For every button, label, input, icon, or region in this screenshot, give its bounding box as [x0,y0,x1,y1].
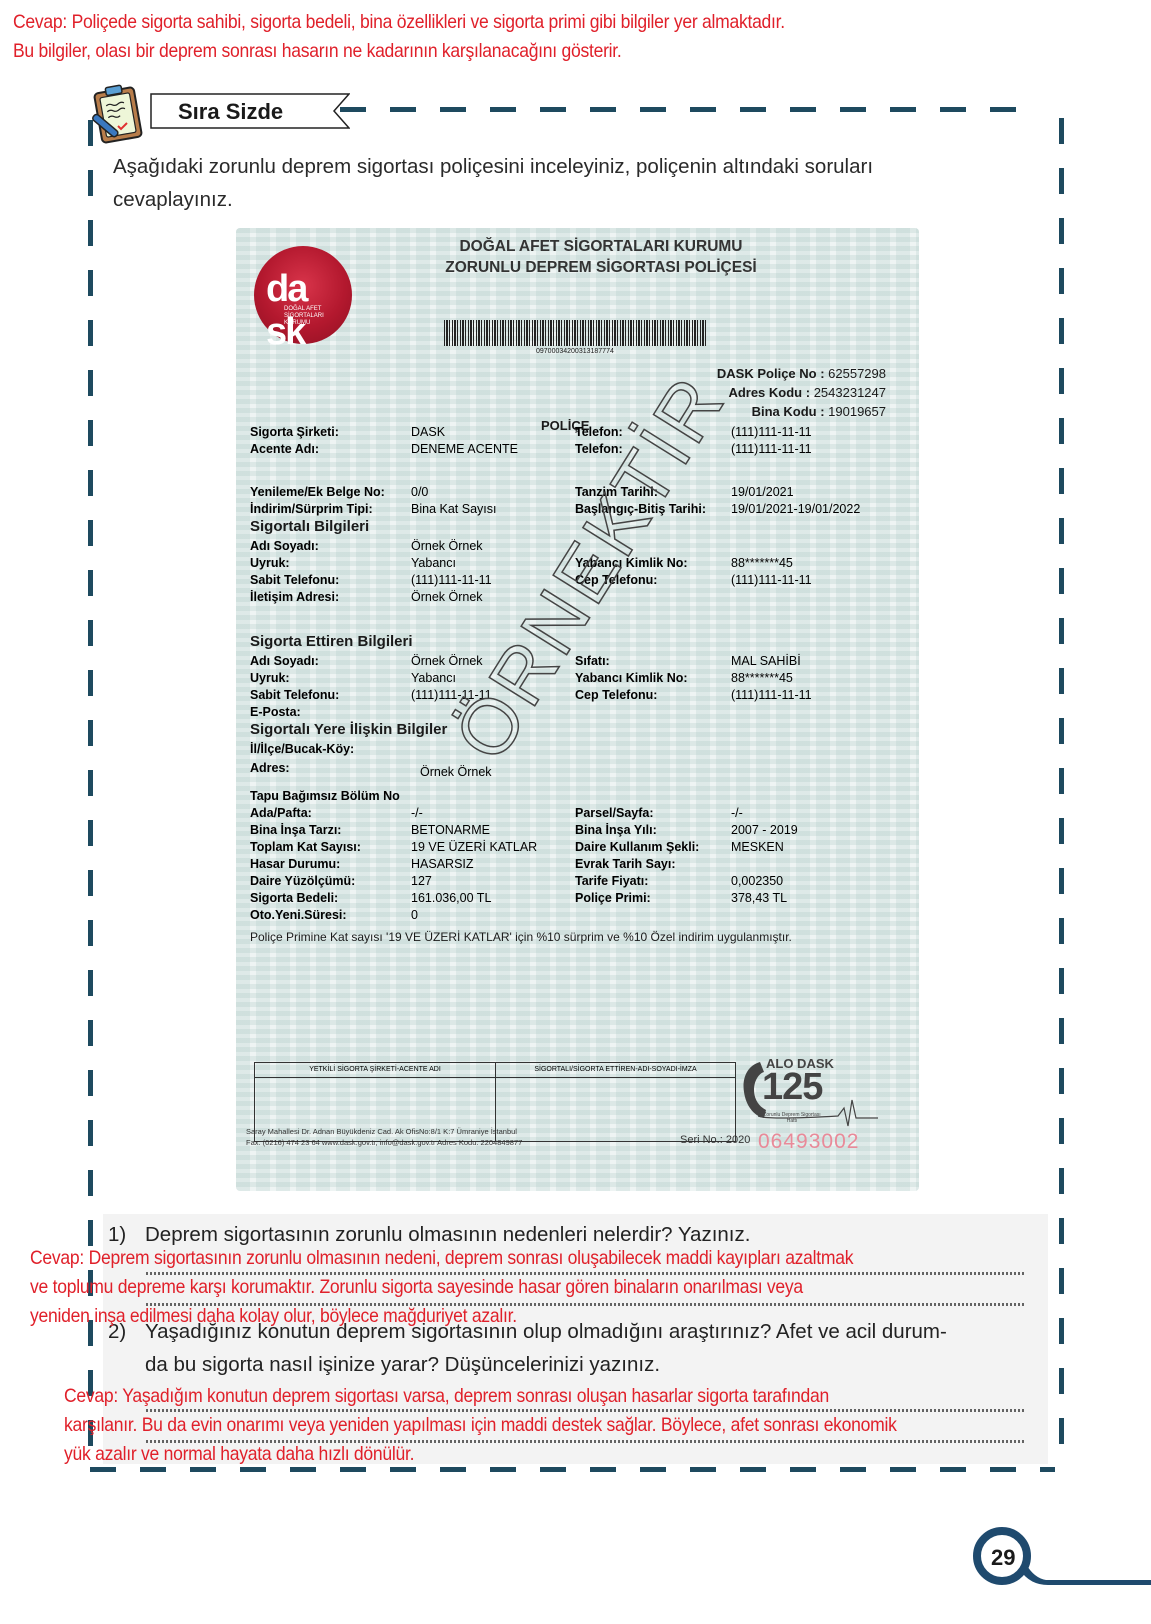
policy-field-row: Daire Yüzölçümü:127Tarife Fiyatı:0,00235… [250,873,910,890]
field-label: Uyruk: [250,555,290,572]
instruction-text: Aşağıdaki zorunlu deprem sigortası poliç… [113,150,993,216]
field-label: Sigorta Bedeli: [250,890,338,907]
policy-note: Poliçe Primine Kat sayısı '19 VE ÜZERİ K… [250,930,792,944]
field-label: Yabancı Kimlik No: [575,670,688,687]
answer-line: karşılanır. Bu da evin onarımı veya yeni… [64,1411,897,1440]
field-label: Tapu Bağımsız Bölüm No [250,788,400,805]
field-value: (111)111-11-11 [731,441,812,458]
field-label: Acente Adı: [250,441,319,458]
field-label: Adres: [250,760,290,777]
policy-field-row: Uyruk:YabancıYabancı Kimlik No:88*******… [250,670,910,687]
field-label: Daire Kullanım Şekli: [575,839,699,856]
policy-field-row: Bina İnşa Tarzı:BETONARMEBina İnşa Yılı:… [250,822,910,839]
section-title: Sıra Sizde [178,99,283,125]
policy-field-row: Toplam Kat Sayısı:19 VE ÜZERİ KATLARDair… [250,839,910,856]
field-label: Uyruk: [250,670,290,687]
answer-line: Cevap: Deprem sigortasının zorunlu olmas… [30,1244,853,1273]
policy-title-line2: ZORUNLU DEPREM SİGORTASI POLİÇESİ [411,257,791,278]
answer-line: ve toplumu depreme karşı korumaktır. Zor… [30,1273,853,1302]
field-value: 127 [411,873,432,890]
answer-line: yeniden inşa edilmesi daha kolay olur, b… [30,1302,853,1331]
field-label: Toplam Kat Sayısı: [250,839,361,856]
field-value: Örnek Örnek [420,764,492,781]
field-label: Sigorta Şirketi: [250,424,339,441]
policy-title: DOĞAL AFET SİGORTALARI KURUMU ZORUNLU DE… [411,236,791,278]
frame-border-top [340,107,1040,112]
footer-address-line: Saray Mahallesi Dr. Adnan Büyükdeniz Cad… [246,1126,522,1137]
answer-question-2: Cevap: Yaşadığım konutun deprem sigortas… [64,1382,897,1469]
field-label: Oto.Yeni.Süresi: [250,907,347,924]
barcode [444,320,706,346]
policy-section-heading: Sigortalı Yere İlişkin Bilgiler [250,721,447,738]
field-value: 19/01/2021 [731,484,794,501]
field-label: Poliçe Primi: [575,890,651,907]
policy-document: da sk DOĞAL AFET SİGORTALARI KURUMU DOĞA… [236,228,919,1191]
policy-field-row: Ada/Pafta:-/-Parsel/Sayfa:-/- [250,805,910,822]
field-value: 2007 - 2019 [731,822,798,839]
answer-question-1: Cevap: Deprem sigortasının zorunlu olmas… [30,1244,853,1331]
field-value: -/- [411,805,423,822]
policy-field-row: Acente Adı:DENEME ACENTETelefon:(111)111… [250,441,910,458]
field-value: Yabancı [411,670,456,687]
serial-label: Seri No.: 2020 [680,1134,750,1146]
field-value: 19 VE ÜZERİ KATLAR [411,839,537,856]
field-label: İl/İlçe/Bucak-Köy: [250,741,354,758]
field-label: Adı Soyadı: [250,538,319,555]
answer-line: yük azalır ve normal hayata daha hızlı d… [64,1440,897,1469]
field-label: E-Posta: [250,704,301,721]
policy-title-line1: DOĞAL AFET SİGORTALARI KURUMU [411,236,791,257]
field-value: (111)111-11-11 [731,424,812,441]
field-value: 0/0 [411,484,428,501]
signature-col-insured: SİGORTALI/SİGORTA ETTİREN-ADI-SOYADI-İMZ… [496,1063,735,1078]
field-value: Örnek Örnek [411,589,483,606]
bina-kodu: 19019657 [828,404,886,419]
field-label: Daire Yüzölçümü: [250,873,355,890]
field-label: Bina İnşa Tarzı: [250,822,341,839]
field-value: Bina Kat Sayısı [411,501,496,518]
policy-field-row: Oto.Yeni.Süresi:0 [250,907,910,924]
policy-field-row: Sigorta Şirketi:DASKTelefon:(111)111-11-… [250,424,910,441]
field-value: DENEME ACENTE [411,441,518,458]
policy-section-heading: Sigorta Ettiren Bilgileri [250,633,413,650]
field-value: (111)111-11-11 [731,572,812,589]
policy-field-row: Adres:Örnek Örnek [250,760,910,777]
field-value: 378,43 TL [731,890,787,907]
answer-line: Cevap: Poliçede sigorta sahibi, sigorta … [13,8,785,37]
field-value: 161.036,00 TL [411,890,491,907]
section-header-tab: Sıra Sizde [150,93,350,129]
policy-field-row: İl/İlçe/Bucak-Köy: [250,741,910,758]
field-value: (111)111-11-11 [411,572,492,589]
field-value: 0,002350 [731,873,783,890]
footer-address: Saray Mahallesi Dr. Adnan Büyükdeniz Cad… [246,1126,522,1148]
policy-field-row: Tapu Bağımsız Bölüm No [250,788,910,805]
clipboard-pen-icon [88,82,152,146]
policy-field-row: Hasar Durumu:HASARSIZEvrak Tarih Sayı: [250,856,910,873]
adres-kodu: 2543231247 [814,385,886,400]
field-label: Hasar Durumu: [250,856,340,873]
bina-kodu-label: Bina Kodu : [752,404,825,419]
field-label: Sabit Telefonu: [250,572,339,589]
answer-line: Cevap: Yaşadığım konutun deprem sigortas… [64,1382,897,1411]
field-label: İletişim Adresi: [250,589,339,606]
field-value: 0 [411,907,418,924]
field-value: BETONARME [411,822,490,839]
signature-col-agent-label: YETKİLİ SİGORTA ŞİRKETİ-ACENTE ADI [255,1063,495,1078]
police-no-label: DASK Poliçe No : [717,366,825,381]
field-label: Tarife Fiyatı: [575,873,648,890]
field-value: 19/01/2021-19/01/2022 [731,501,860,518]
field-label: Sabit Telefonu: [250,687,339,704]
field-label: Adı Soyadı: [250,653,319,670]
field-value: MESKEN [731,839,784,856]
alo-subtitle: Zorunlu Deprem Sigortası Hattı [762,1112,822,1124]
question-text-continued: da bu sigorta nasıl işinize yarar? Düşün… [108,1348,1038,1381]
field-value: Örnek Örnek [411,653,483,670]
logo-subtext: DOĞAL AFET SİGORTALARI KURUMU [284,306,334,327]
field-label: Bina İnşa Yılı: [575,822,657,839]
field-label: Parsel/Sayfa: [575,805,654,822]
question-text: Deprem sigortasının zorunlu olmasının ne… [145,1223,750,1246]
field-label: Yenileme/Ek Belge No: [250,484,385,501]
police-no: 62557298 [828,366,886,381]
field-label: Ada/Pafta: [250,805,312,822]
footer-contact-line: Fax: (0216) 474 23 64 www.dask.gov.tr, i… [246,1137,522,1148]
field-label: Evrak Tarih Sayı: [575,856,676,873]
field-value: Yabancı [411,555,456,572]
field-value: (111)111-11-11 [731,687,812,704]
field-value: 88*******45 [731,670,793,687]
dask-logo: da sk DOĞAL AFET SİGORTALARI KURUMU [254,246,352,344]
serial-number: 06493002 [758,1130,859,1154]
frame-border-right [1059,118,1064,1468]
field-value: MAL SAHİBİ [731,653,801,670]
policy-field-row: E-Posta: [250,704,910,721]
policy-field-row: Sigorta Bedeli:161.036,00 TLPoliçe Primi… [250,890,910,907]
field-label: İndirim/Sürprim Tipi: [250,501,373,518]
field-value: -/- [731,805,743,822]
policy-field-row: Sabit Telefonu:(111)111-11-11Cep Telefon… [250,687,910,704]
field-value: DASK [411,424,445,441]
field-label: Cep Telefonu: [575,687,657,704]
answer-intro: Cevap: Poliçede sigorta sahibi, sigorta … [13,8,785,66]
field-value: HASARSIZ [411,856,474,873]
page-number: 29 [991,1545,1015,1571]
barcode-number: 09700034200313187774 [536,348,614,355]
answer-line: Bu bilgiler, olası bir deprem sonrası ha… [13,37,785,66]
adres-kodu-label: Adres Kodu : [728,385,810,400]
field-value: 88*******45 [731,555,793,572]
field-value: Örnek Örnek [411,538,483,555]
policy-section-heading: Sigortalı Bilgileri [250,518,369,535]
